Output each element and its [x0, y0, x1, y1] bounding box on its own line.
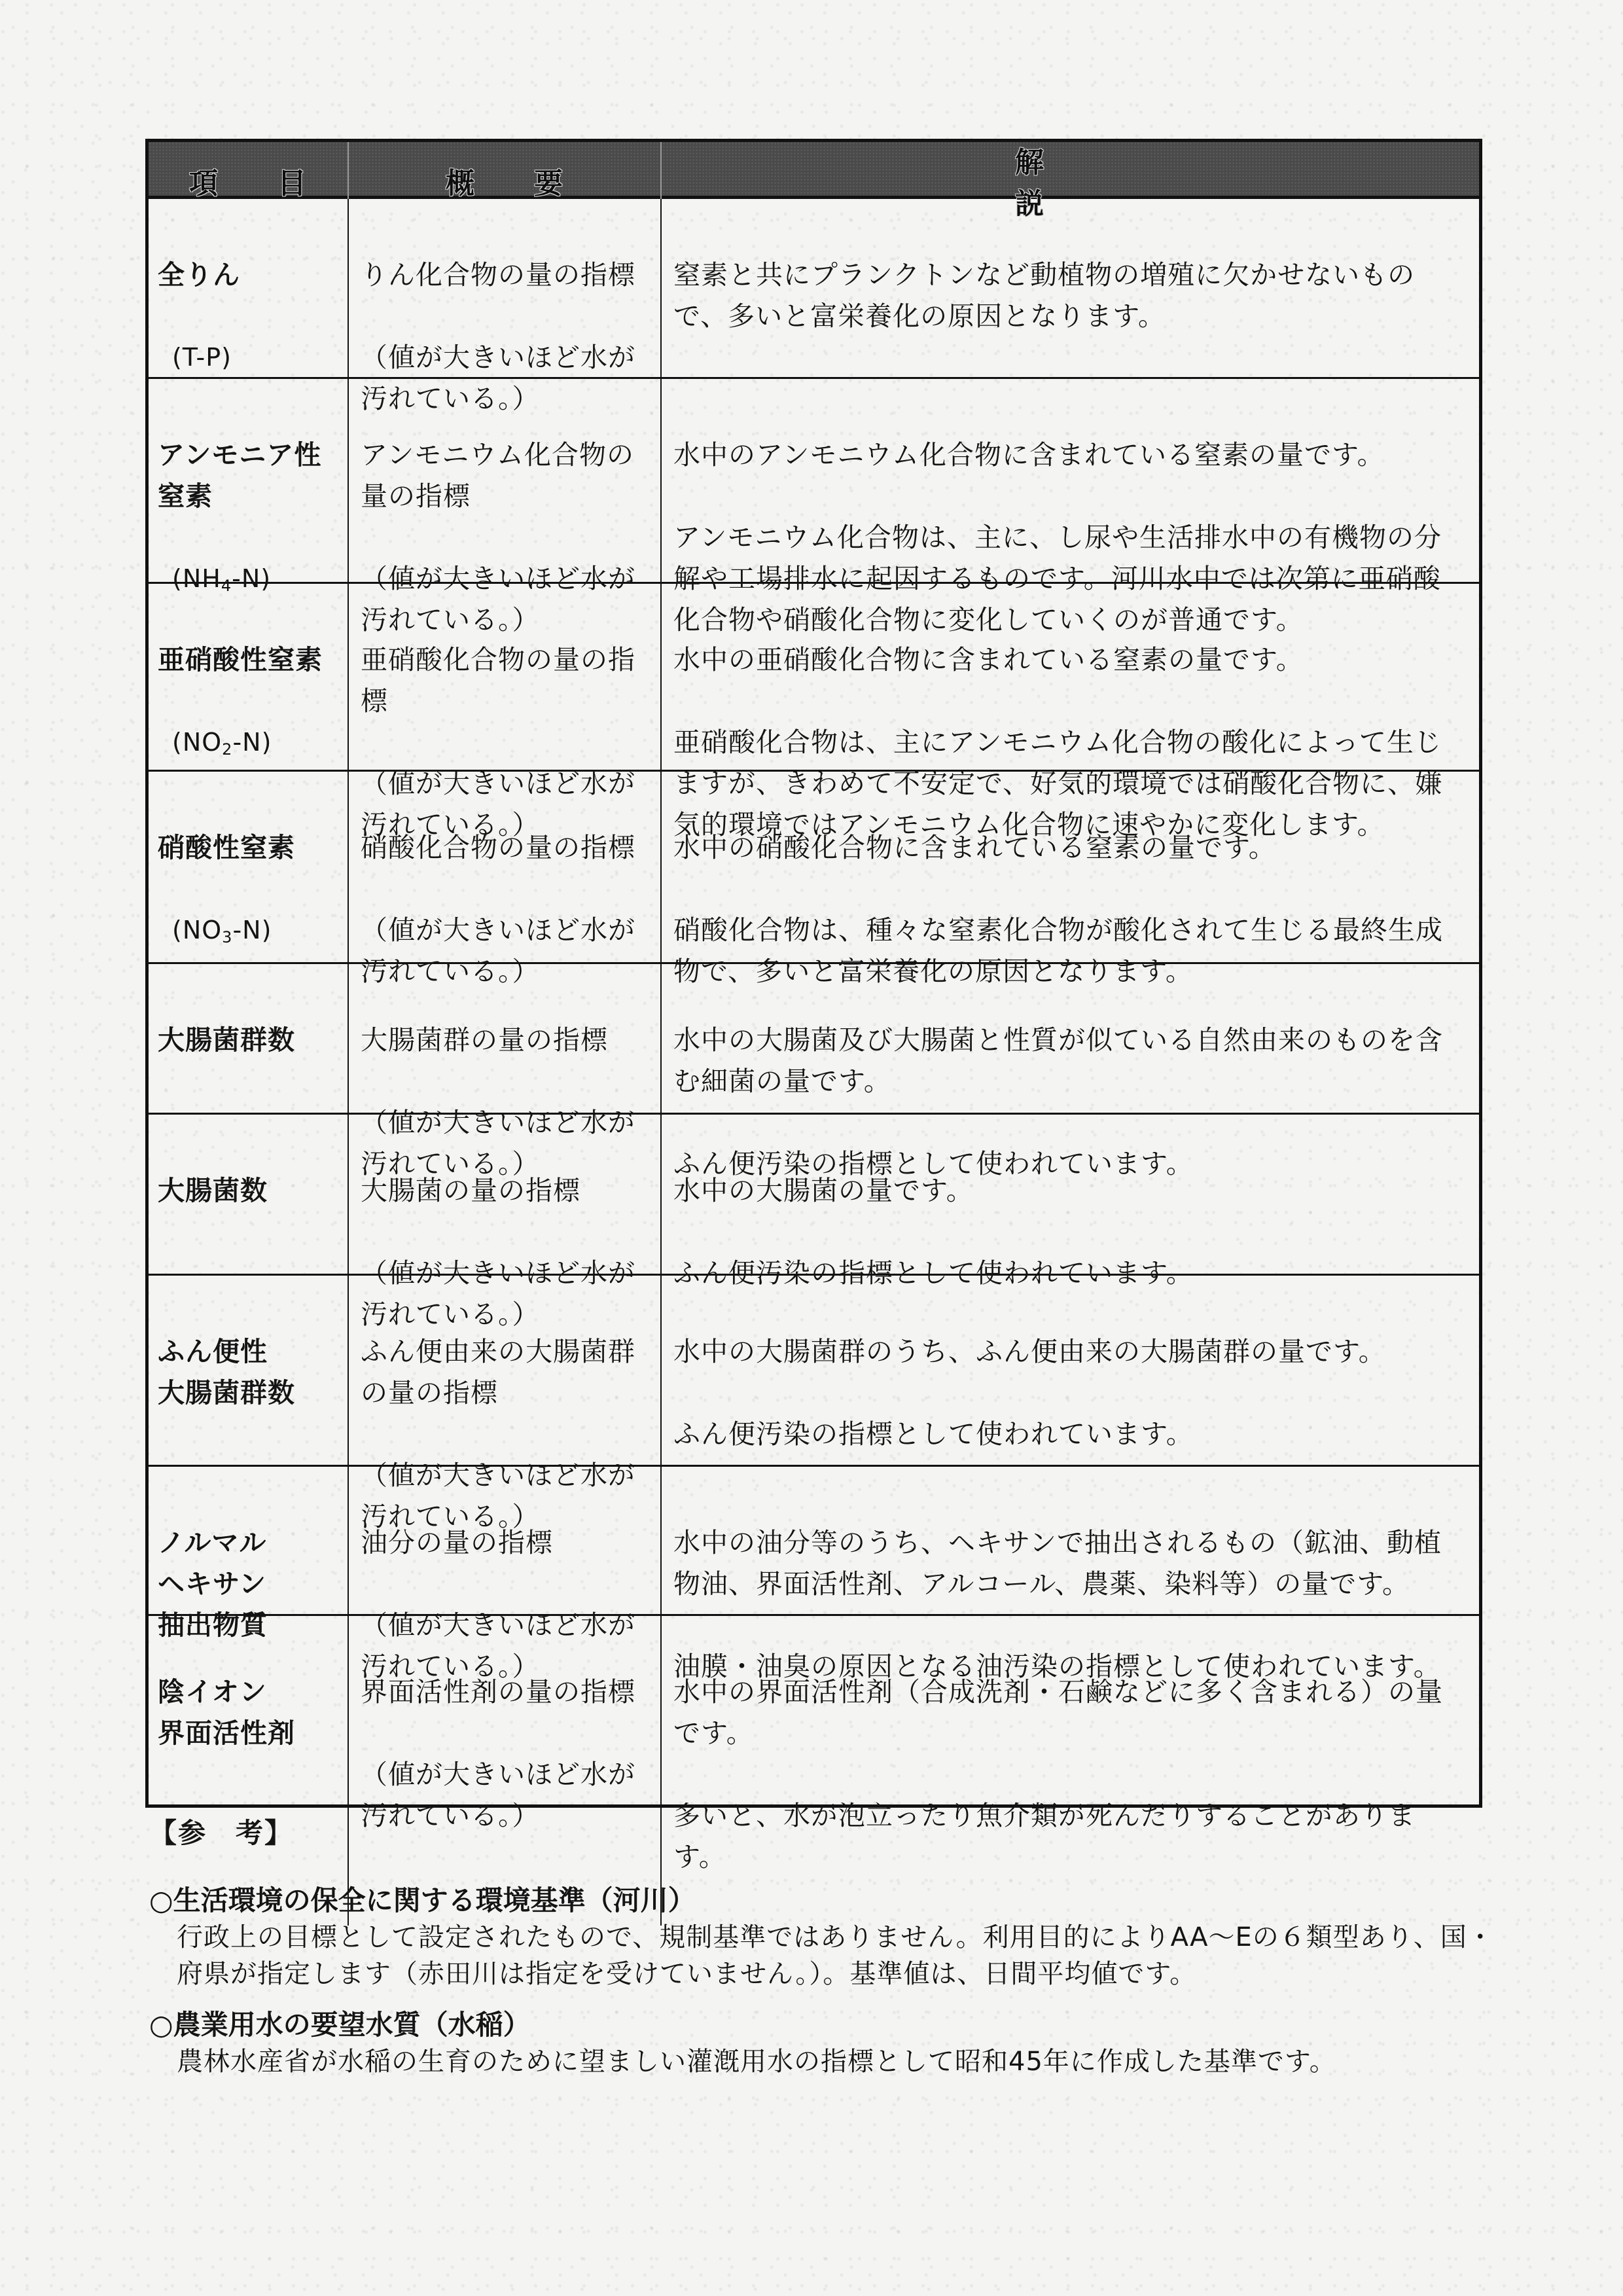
reference-body: 農林水産省が水稲の生育のために望ましい灌漑用水の指標として昭和45年に作成した基… — [149, 2043, 1497, 2080]
reference-title: 【参 考】 — [149, 1814, 1497, 1852]
reference-body: 行政上の目標として設定されたもので、規制基準ではありません。利用目的によりAA～… — [149, 1919, 1497, 1992]
summary-text: 油分の量の指標 — [361, 1522, 649, 1564]
explanation-line: 水中の界面活性剤（合成洗剤・石鹸などに多く含まれる）の量です。 — [673, 1672, 1467, 1754]
summary-text: りん化合物の量の指標 — [361, 255, 649, 296]
explanation-line: 水中の亜硝酸化合物に含まれている窒素の量です。 — [673, 639, 1467, 681]
explanation-line: ふん便汚染の指標として使われています。 — [673, 1414, 1467, 1455]
reference-section: 【参 考】 ○生活環境の保全に関する環境基準（河川） 行政上の目標として設定され… — [149, 1814, 1497, 2080]
item-code: (NO3-N) — [158, 910, 336, 958]
water-quality-table: 項 目 概 要 解 説 全りん (T-P) りん化合物の量の指標 （値が大きいほ… — [145, 139, 1482, 1808]
explanation-line: 窒素と共にプランクトンなど動植物の増殖に欠かせないもので、多いと富栄養化の原因と… — [673, 255, 1467, 337]
item-name: 硝酸性窒素 — [158, 827, 336, 869]
item-name: 大腸菌数 — [158, 1170, 336, 1211]
summary-text: 大腸菌の量の指標 — [361, 1170, 649, 1211]
table-row: 陰イオン 界面活性剤 界面活性剤の量の指標 （値が大きいほど水が汚れている。） … — [149, 1614, 1479, 1804]
summary-text: 亜硝酸化合物の量の指標 — [361, 639, 649, 722]
item-name: アンモニア性窒素 — [158, 435, 336, 517]
explanation-line: 水中のアンモニウム化合物に含まれている窒素の量です。 — [673, 435, 1467, 476]
table-row: 大腸菌群数 大腸菌群の量の指標 （値が大きいほど水が汚れている。） 水中の大腸菌… — [149, 962, 1479, 1113]
explanation-line: 水中の大腸菌群のうち、ふん便由来の大腸菌群の量です。 — [673, 1331, 1467, 1372]
table-row: 全りん (T-P) りん化合物の量の指標 （値が大きいほど水が汚れている。） 窒… — [149, 197, 1479, 377]
item-code: (NO2-N) — [158, 722, 336, 770]
table-row: 大腸菌数 大腸菌の量の指標 （値が大きいほど水が汚れている。） 水中の大腸菌の量… — [149, 1113, 1479, 1274]
table-header: 項 目 概 要 解 説 — [149, 142, 1479, 197]
explanation-line: 水中の硝酸化合物に含まれている窒素の量です。 — [673, 827, 1467, 869]
item-name: ふん便性 大腸菌群数 — [158, 1331, 336, 1414]
explanation-line: 水中の大腸菌の量です。 — [673, 1170, 1467, 1211]
summary-text: アンモニウム化合物の量の指標 — [361, 435, 649, 517]
table-row: 亜硝酸性窒素 (NO2-N) 亜硝酸化合物の量の指標 （値が大きいほど水が汚れて… — [149, 582, 1479, 770]
reference-block-agricultural-water: ○農業用水の要望水質（水稲） 農林水産省が水稲の生育のために望ましい灌漑用水の指… — [149, 2007, 1497, 2080]
summary-text: 大腸菌群の量の指標 — [361, 1020, 649, 1061]
table-row: 硝酸性窒素 (NO3-N) 硝酸化合物の量の指標 （値が大きいほど水が汚れている… — [149, 770, 1479, 962]
reference-block-river-standard: ○生活環境の保全に関する環境基準（河川） 行政上の目標として設定されたもので、規… — [149, 1882, 1497, 1992]
table-row: ふん便性 大腸菌群数 ふん便由来の大腸菌群の量の指標 （値が大きいほど水が汚れて… — [149, 1274, 1479, 1465]
summary-text: 界面活性剤の量の指標 — [361, 1672, 649, 1713]
reference-heading: ○農業用水の要望水質（水稲） — [149, 2007, 1497, 2043]
table-row: アンモニア性窒素 (NH4-N) アンモニウム化合物の量の指標 （値が大きいほど… — [149, 377, 1479, 582]
item-name: 大腸菌群数 — [158, 1020, 336, 1061]
reference-heading: ○生活環境の保全に関する環境基準（河川） — [149, 1882, 1497, 1919]
explanation-line: 水中の大腸菌及び大腸菌と性質が似ている自然由来のものを含む細菌の量です。 — [673, 1020, 1467, 1102]
item-name: 全りん — [158, 255, 336, 296]
item-name: 陰イオン 界面活性剤 — [158, 1672, 336, 1754]
item-code: (T-P) — [158, 337, 336, 378]
explanation-line: 水中の油分等のうち、ヘキサンで抽出されるもの（鉱油、動植物油、界面活性剤、アルコ… — [673, 1522, 1467, 1605]
table-row: ノルマル ヘキサン 抽出物質 油分の量の指標 （値が大きいほど水が汚れている。）… — [149, 1465, 1479, 1614]
item-name: 亜硝酸性窒素 — [158, 639, 336, 681]
summary-text: ふん便由来の大腸菌群の量の指標 — [361, 1331, 649, 1414]
summary-text: 硝酸化合物の量の指標 — [361, 827, 649, 869]
